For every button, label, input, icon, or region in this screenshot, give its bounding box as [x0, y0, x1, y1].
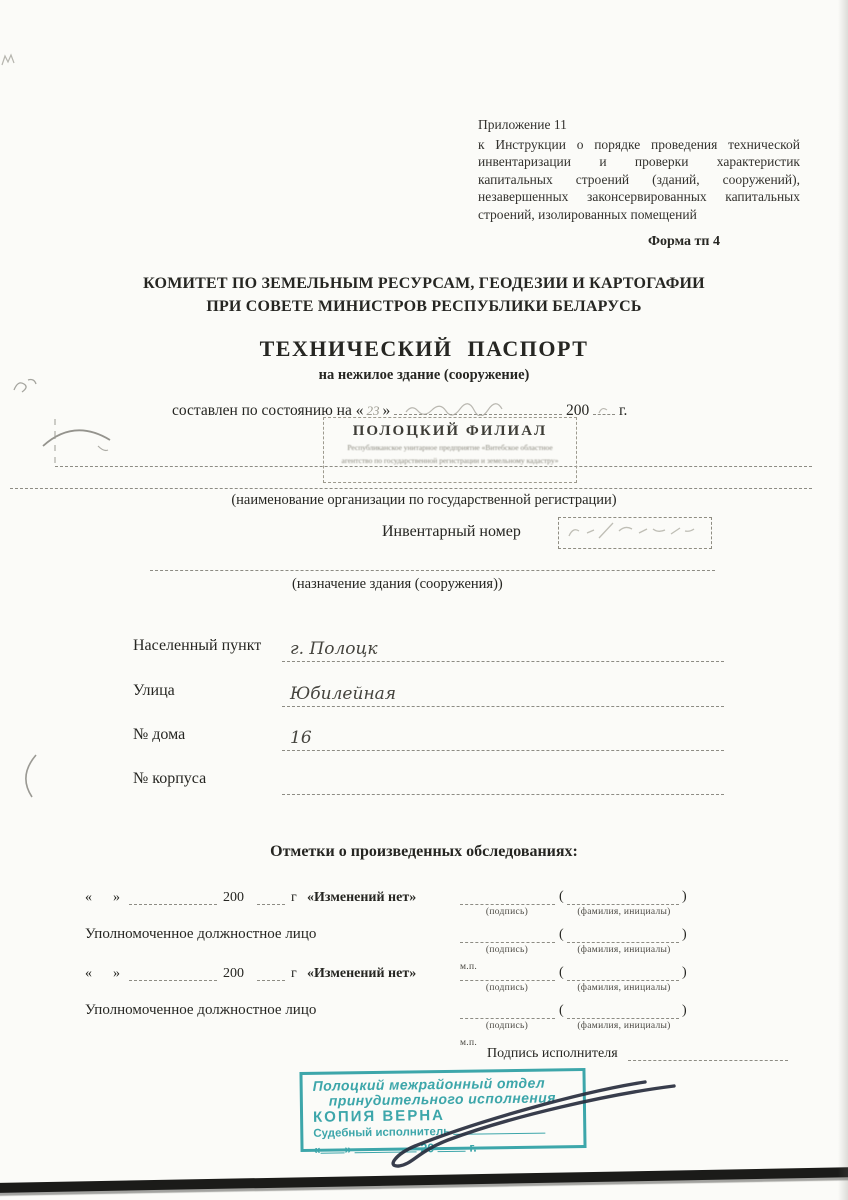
- pen-mark: [52, 417, 60, 467]
- blank-name-line: [567, 966, 679, 981]
- date-quote-close: »: [113, 966, 120, 982]
- name-caption: (фамилия, инициалы): [550, 1021, 698, 1031]
- signature-caption: (подпись): [457, 945, 557, 955]
- date-quote-open: «: [85, 890, 92, 906]
- signature-scribble-icon: [280, 1060, 700, 1185]
- name-caption: (фамилия, инициалы): [550, 983, 698, 993]
- blank-signature-line: [460, 890, 555, 905]
- building-number-value: [282, 772, 290, 792]
- year-200: 200: [223, 966, 244, 982]
- blank-year-line: [593, 401, 615, 415]
- blank-date-line: [129, 890, 217, 905]
- compiled-year-suffix: г.: [619, 402, 627, 419]
- inventory-number-box: [558, 517, 712, 549]
- organization-stamp-smalltext: Республиканское унитарное предприятие «В…: [324, 442, 576, 453]
- blank-date-line: [129, 966, 217, 981]
- appendix-title: Приложение 11: [478, 116, 800, 134]
- purpose-caption: (назначение здания (сооружения)): [292, 576, 503, 593]
- form-type-label: Форма тп 4: [648, 234, 720, 250]
- paren-open: (: [559, 927, 564, 943]
- paren-close: ): [682, 889, 687, 905]
- signature-caption: (подпись): [457, 907, 557, 917]
- blank-name-line: [567, 890, 679, 905]
- street-value: Юбилейная: [282, 684, 396, 704]
- building-number-label: № корпуса: [133, 770, 206, 788]
- appendix-body: к Инструкции о порядке проведения технич…: [478, 136, 800, 224]
- observation-block: « » 200 г «Изменений нет» ( ) (подпись) …: [85, 964, 705, 1050]
- observations-heading: Отметки о произведенных обследованиях:: [0, 843, 848, 861]
- seal-label: м.п.: [460, 1038, 490, 1048]
- paren-open: (: [559, 965, 564, 981]
- official-label: Уполномоченное должностное лицо: [85, 1002, 316, 1019]
- organization-caption: (наименование организации по государстве…: [0, 492, 848, 509]
- observation-block: « » 200 г «Изменений нет» ( ) (подпись) …: [85, 888, 705, 974]
- blank-year-line: [257, 890, 285, 905]
- paren-close: ): [682, 1003, 687, 1019]
- handwritten-day: 23: [363, 403, 382, 418]
- document-title: ТЕХНИЧЕСКИЙ ПАСПОРТ: [0, 336, 848, 362]
- house-number-field: 16: [282, 728, 724, 751]
- paren-close: ): [682, 927, 687, 943]
- inventory-handwriting-scribble-icon: [559, 518, 707, 546]
- ruled-line: [150, 570, 715, 571]
- ruled-line: [10, 488, 812, 489]
- blank-signature-line: [460, 928, 555, 943]
- no-changes-label: «Изменений нет»: [307, 966, 416, 982]
- official-label: Уполномоченное должностное лицо: [85, 926, 316, 943]
- paren-open: (: [559, 889, 564, 905]
- house-number-value: 16: [282, 728, 312, 748]
- settlement-field: г. Полоцк: [282, 639, 724, 662]
- date-quote-close: »: [113, 890, 120, 906]
- signature-caption: (подпись): [457, 983, 557, 993]
- inventory-number-label: Инвентарный номер: [382, 523, 547, 541]
- year-g: г: [291, 890, 297, 906]
- handwriting-scribble-icon: [402, 402, 522, 416]
- blank-signature-line: [460, 1004, 555, 1019]
- pen-mark: [0, 50, 18, 70]
- street-label: Улица: [133, 682, 175, 700]
- year-g: г: [291, 966, 297, 982]
- date-quote-open: «: [85, 966, 92, 982]
- committee-line1: КОМИТЕТ ПО ЗЕМЕЛЬНЫМ РЕСУРСАМ, ГЕОДЕЗИИ …: [0, 272, 848, 295]
- document-subtitle: на нежилое здание (сооружение): [0, 367, 848, 384]
- settlement-value: г. Полоцк: [282, 639, 378, 659]
- committee-line2: ПРИ СОВЕТЕ МИНИСТРОВ РЕСПУБЛИКИ БЕЛАРУСЬ: [0, 295, 848, 318]
- organization-stamp-smalltext: агентство по государственной регистрации…: [324, 455, 576, 466]
- scanned-page: Приложение 11 к Инструкции о порядке про…: [0, 0, 848, 1200]
- name-caption: (фамилия, инициалы): [550, 907, 698, 917]
- blank-signature-line: [460, 966, 555, 981]
- blank-name-line: [567, 928, 679, 943]
- paren-open: (: [559, 1003, 564, 1019]
- paren-close: ): [682, 965, 687, 981]
- year-200: 200: [223, 890, 244, 906]
- appendix-note: Приложение 11 к Инструкции о порядке про…: [478, 116, 800, 223]
- committee-name: КОМИТЕТ ПО ЗЕМЕЛЬНЫМ РЕСУРСАМ, ГЕОДЕЗИИ …: [0, 272, 848, 318]
- blank-name-line: [567, 1004, 679, 1019]
- building-number-field: [282, 772, 724, 795]
- settlement-label: Населенный пункт: [133, 637, 261, 655]
- blank-year-line: [257, 966, 285, 981]
- no-changes-label: «Изменений нет»: [307, 890, 416, 906]
- signature-caption: (подпись): [457, 1021, 557, 1031]
- blank-month-line: [394, 401, 562, 415]
- name-caption: (фамилия, инициалы): [550, 945, 698, 955]
- house-number-label: № дома: [133, 726, 185, 744]
- handwriting-scribble-icon: [596, 404, 610, 416]
- pen-mark: [16, 752, 44, 802]
- organization-stamp-title: ПОЛОЦКИЙ ФИЛИАЛ: [324, 423, 576, 440]
- organization-stamp: ПОЛОЦКИЙ ФИЛИАЛ Республиканское унитарно…: [323, 417, 577, 483]
- street-field: Юбилейная: [282, 684, 724, 707]
